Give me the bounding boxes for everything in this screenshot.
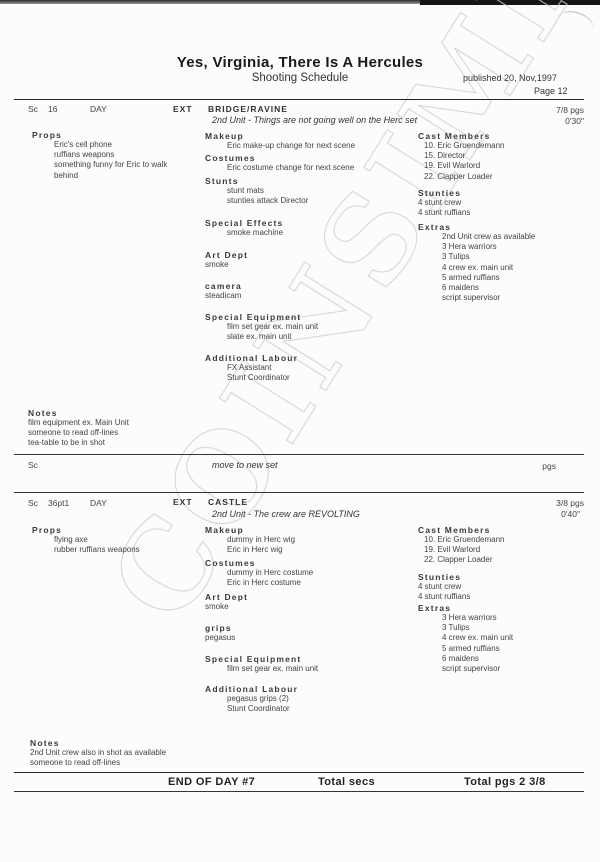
special-equipment-label: Special Equipment xyxy=(205,654,318,664)
list-item: 3 Hera warriors xyxy=(442,242,535,252)
makeup-section: Makeup Eric make-up change for next scen… xyxy=(205,131,355,151)
list-item: 3 Tulips xyxy=(442,252,535,262)
list-item: ruffians weapons xyxy=(54,150,167,160)
list-item: smoke machine xyxy=(227,228,283,238)
page-title: Yes, Virginia, There Is A Hercules xyxy=(0,54,600,71)
scene-pages: 7/8 pgs xyxy=(500,105,584,115)
list-item: 3 Tulips xyxy=(442,623,513,633)
list-item: rubber ruffians weapons xyxy=(54,545,140,555)
list-item: 4 crew ex. main unit xyxy=(442,263,535,273)
list-item: FX Assistant xyxy=(227,363,298,373)
list-item: script supervisor xyxy=(442,293,535,303)
extras-section: Extras 2nd Unit crew as available3 Hera … xyxy=(418,222,535,303)
notes-list: film equipment ex. Main Unitsomeone to r… xyxy=(28,418,129,449)
divider xyxy=(14,99,584,100)
stunties-label: Stunties xyxy=(418,572,470,582)
stunts-section: Stunts stunt matsstunties attack Directo… xyxy=(205,176,308,206)
list-item: Eric costume change for next scene xyxy=(227,163,354,173)
scene-number: 16 xyxy=(48,104,57,114)
divider xyxy=(14,492,584,493)
list-item: 2nd Unit crew as available xyxy=(442,232,535,242)
scene-time: DAY xyxy=(90,498,107,508)
list-item: 10. Eric Gruendemann xyxy=(424,535,505,545)
costumes-label: Costumes xyxy=(205,558,313,568)
list-item: 4 stunt ruffians xyxy=(418,208,470,218)
camera-label: camera xyxy=(205,281,242,291)
list-item: script supervisor xyxy=(442,664,513,674)
grips-section: grips pegasus xyxy=(205,623,235,643)
extras-list: 2nd Unit crew as available3 Hera warrior… xyxy=(418,232,535,303)
makeup-list: dummy in Herc wigEric in Herc wig xyxy=(205,535,295,555)
props-label: Props xyxy=(32,130,167,140)
special-equipment-list: film set gear ex. main unitslate ex. mai… xyxy=(205,322,318,342)
list-item: 4 stunt ruffians xyxy=(418,592,470,602)
scene-pages: pgs xyxy=(500,461,556,471)
list-item: behind xyxy=(54,171,167,181)
list-item: Stunt Coordinator xyxy=(227,373,298,383)
scene-location: BRIDGE/RAVINE xyxy=(208,104,288,114)
costumes-section: Costumes dummy in Herc costumeEric in He… xyxy=(205,558,313,588)
extras-label: Extras xyxy=(418,222,535,232)
special-equipment-section: Special Equipment film set gear ex. main… xyxy=(205,654,318,674)
special-effects-label: Special Effects xyxy=(205,218,283,228)
camera-section: camera steadicam xyxy=(205,281,242,301)
scene-description: 2nd Unit - The crew are REVOLTING xyxy=(212,509,360,519)
extras-section: Extras 3 Hera warriors3 Tulips4 crew ex.… xyxy=(418,603,513,674)
costumes-list: dummy in Herc costumeEric in Herc costum… xyxy=(205,568,313,588)
stunties-section: Stunties 4 stunt crew4 stunt ruffians xyxy=(418,572,470,602)
makeup-section: Makeup dummy in Herc wigEric in Herc wig xyxy=(205,525,295,555)
list-item: someone to read off-lines xyxy=(30,758,166,768)
grips-label: grips xyxy=(205,623,235,633)
stunties-label: Stunties xyxy=(418,188,470,198)
extras-label: Extras xyxy=(418,603,513,613)
pen-mark xyxy=(553,7,597,43)
makeup-label: Makeup xyxy=(205,131,355,141)
props-list: flying axerubber ruffians weapons xyxy=(32,535,140,555)
cast-list: 10. Eric Gruendemann15. Director19. Evil… xyxy=(418,141,505,182)
scene-label: Sc xyxy=(28,498,38,508)
scene-location: CASTLE xyxy=(208,497,248,507)
costumes-label: Costumes xyxy=(205,153,354,163)
grips-list: pegasus xyxy=(205,633,235,643)
list-item: steadicam xyxy=(205,291,242,301)
list-item: 5 armed ruffians xyxy=(442,273,535,283)
notes-section: Notes 2nd Unit crew also in shot as avai… xyxy=(30,738,166,768)
list-item: someone to read off-lines xyxy=(28,428,129,438)
list-item: Eric in Herc wig xyxy=(227,545,295,555)
scene-label: Sc xyxy=(28,460,38,470)
list-item: stunt mats xyxy=(227,186,308,196)
scene-label: Sc xyxy=(28,104,38,114)
list-item: 22. Clapper Loader xyxy=(424,172,505,182)
divider xyxy=(14,791,584,792)
stunts-list: stunt matsstunties attack Director xyxy=(205,186,308,206)
list-item: Stunt Coordinator xyxy=(227,704,298,714)
list-item: Eric's cell phone xyxy=(54,140,167,150)
extras-list: 3 Hera warriors3 Tulips4 crew ex. main u… xyxy=(418,613,513,674)
cast-section: Cast Members 10. Eric Gruendemann15. Dir… xyxy=(418,131,505,182)
list-item: Eric make-up change for next scene xyxy=(227,141,355,151)
stunts-label: Stunts xyxy=(205,176,308,186)
additional-labour-list: pegasus grips (2)Stunt Coordinator xyxy=(205,694,298,714)
props-section: Props flying axerubber ruffians weapons xyxy=(32,525,140,555)
cast-label: Cast Members xyxy=(418,131,505,141)
special-effects-section: Special Effects smoke machine xyxy=(205,218,283,238)
scene-int-ext: EXT xyxy=(173,104,193,114)
list-item: dummy in Herc wig xyxy=(227,535,295,545)
art-dept-section: Art Dept smoke xyxy=(205,250,248,270)
list-item: 15. Director xyxy=(424,151,505,161)
art-dept-label: Art Dept xyxy=(205,592,248,602)
list-item: pegasus grips (2) xyxy=(227,694,298,704)
notes-label: Notes xyxy=(28,408,129,418)
list-item: 4 stunt crew xyxy=(418,198,470,208)
props-section: Props Eric's cell phoneruffians weaponss… xyxy=(32,130,167,181)
costumes-list: Eric costume change for next scene xyxy=(205,163,354,173)
list-item: smoke xyxy=(205,602,248,612)
art-dept-list: smoke xyxy=(205,260,248,270)
list-item: slate ex. main unit xyxy=(227,332,318,342)
list-item: 10. Eric Gruendemann xyxy=(424,141,505,151)
notes-label: Notes xyxy=(30,738,166,748)
additional-labour-list: FX AssistantStunt Coordinator xyxy=(205,363,298,383)
props-list: Eric's cell phoneruffians weaponssomethi… xyxy=(32,140,167,181)
scene-duration: 0'40" xyxy=(500,509,580,519)
scene-int-ext: EXT xyxy=(173,497,193,507)
notes-list: 2nd Unit crew also in shot as availables… xyxy=(30,748,166,768)
list-item: film set gear ex. main unit xyxy=(227,322,318,332)
scene-time: DAY xyxy=(90,104,107,114)
art-dept-section: Art Dept smoke xyxy=(205,592,248,612)
list-item: 19. Evil Warlord xyxy=(424,545,505,555)
list-item: 2nd Unit crew also in shot as available xyxy=(30,748,166,758)
cast-label: Cast Members xyxy=(418,525,505,535)
special-equipment-section: Special Equipment film set gear ex. main… xyxy=(205,312,318,342)
special-equipment-list: film set gear ex. main unit xyxy=(205,664,318,674)
scene-description: move to new set xyxy=(212,460,278,470)
stunties-list: 4 stunt crew4 stunt ruffians xyxy=(418,198,470,218)
stunties-list: 4 stunt crew4 stunt ruffians xyxy=(418,582,470,602)
list-item: something funny for Eric to walk xyxy=(54,160,167,170)
art-dept-list: smoke xyxy=(205,602,248,612)
scene-description: 2nd Unit - Things are not going well on … xyxy=(212,115,417,125)
list-item: 22. Clapper Loader xyxy=(424,555,505,565)
list-item: stunties attack Director xyxy=(227,196,308,206)
additional-labour-label: Additional Labour xyxy=(205,684,298,694)
list-item: 4 crew ex. main unit xyxy=(442,633,513,643)
list-item: Eric in Herc costume xyxy=(227,578,313,588)
scene-number: 36pt1 xyxy=(48,498,69,508)
additional-labour-label: Additional Labour xyxy=(205,353,298,363)
scene-duration: 0'30" xyxy=(500,116,584,126)
list-item: film set gear ex. main unit xyxy=(227,664,318,674)
makeup-label: Makeup xyxy=(205,525,295,535)
list-item: 19. Evil Warlord xyxy=(424,161,505,171)
props-label: Props xyxy=(32,525,140,535)
list-item: film equipment ex. Main Unit xyxy=(28,418,129,428)
page-number: Page 12 xyxy=(534,86,568,96)
list-item: 6 maidens xyxy=(442,654,513,664)
scan-edge xyxy=(0,0,600,4)
list-item: 4 stunt crew xyxy=(418,582,470,592)
additional-labour-section: Additional Labour pegasus grips (2)Stunt… xyxy=(205,684,298,714)
stunties-section: Stunties 4 stunt crew4 stunt ruffians xyxy=(418,188,470,218)
list-item: dummy in Herc costume xyxy=(227,568,313,578)
special-effects-list: smoke machine xyxy=(205,228,283,238)
cast-section: Cast Members 10. Eric Gruendemann19. Evi… xyxy=(418,525,505,566)
cast-list: 10. Eric Gruendemann19. Evil Warlord22. … xyxy=(418,535,505,566)
art-dept-label: Art Dept xyxy=(205,250,248,260)
list-item: tea-table to be in shot xyxy=(28,438,129,448)
end-of-day: END OF DAY #7 xyxy=(168,776,255,788)
additional-labour-section: Additional Labour FX AssistantStunt Coor… xyxy=(205,353,298,383)
total-pages: Total pgs 2 3/8 xyxy=(464,776,546,788)
costumes-section: Costumes Eric costume change for next sc… xyxy=(205,153,354,173)
published-date: published 20, Nov,1997 xyxy=(463,73,557,83)
list-item: smoke xyxy=(205,260,248,270)
list-item: flying axe xyxy=(54,535,140,545)
list-item: pegasus xyxy=(205,633,235,643)
notes-section: Notes film equipment ex. Main Unitsomeon… xyxy=(28,408,129,449)
list-item: 3 Hera warriors xyxy=(442,613,513,623)
list-item: 5 armed ruffians xyxy=(442,644,513,654)
scene-pages: 3/8 pgs xyxy=(500,498,584,508)
special-equipment-label: Special Equipment xyxy=(205,312,318,322)
total-secs: Total secs xyxy=(318,776,375,788)
list-item: 6 maidens xyxy=(442,283,535,293)
divider xyxy=(14,454,584,455)
camera-list: steadicam xyxy=(205,291,242,301)
makeup-list: Eric make-up change for next scene xyxy=(205,141,355,151)
divider xyxy=(14,772,584,773)
